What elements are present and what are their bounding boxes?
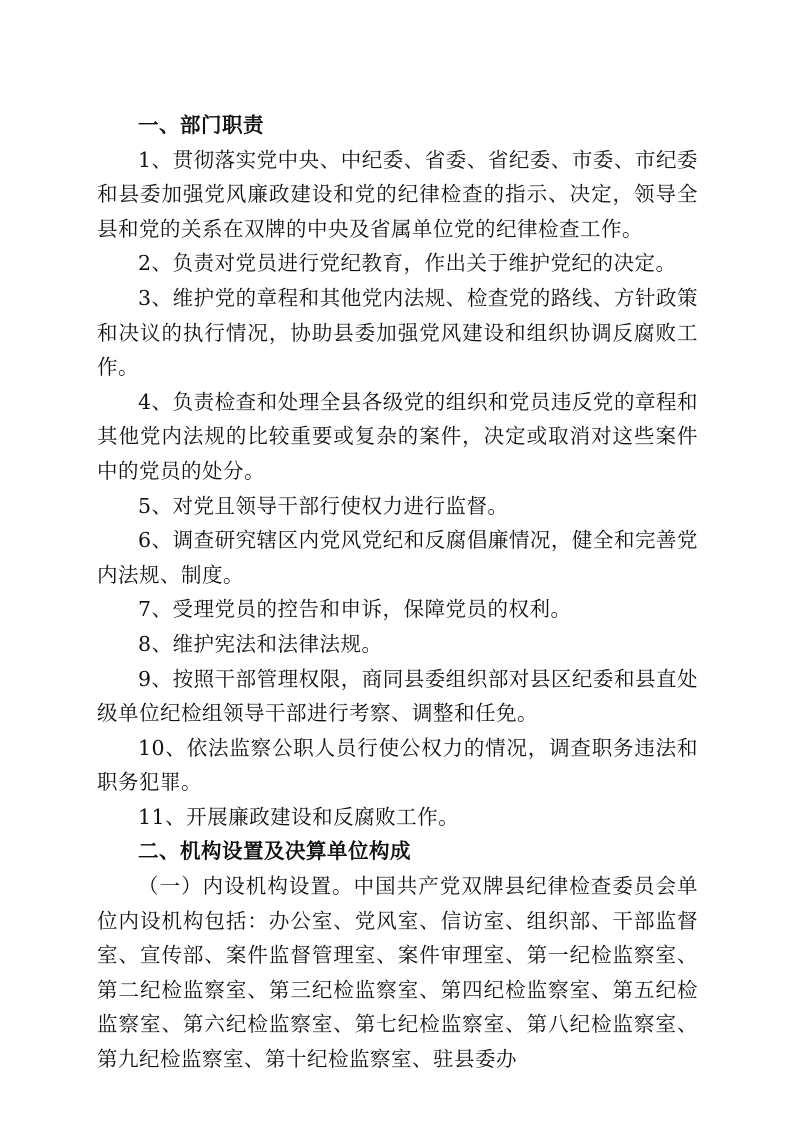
duty-paragraph-4: 4、负责检查和处理全县各级党的组织和党员违反党的章程和其他党内法规的比较重要或复… [97, 385, 698, 489]
duty-paragraph-11: 11、开展廉政建设和反腐败工作。 [97, 800, 698, 835]
duty-paragraph-2: 2、负责对党员进行党纪教育，作出关于维护党纪的决定。 [97, 246, 698, 281]
duty-paragraph-7: 7、受理党员的控告和申诉，保障党员的权利。 [97, 592, 698, 627]
section-heading-organization: 二、机构设置及决算单位构成 [97, 834, 698, 869]
document-page: 一、部门职责 1、贯彻落实党中央、中纪委、省委、省纪委、市委、市纪委和县委加强党… [97, 108, 698, 1077]
duty-paragraph-3: 3、维护党的章程和其他党内法规、检查党的路线、方针政策和决议的执行情况，协助县委… [97, 281, 698, 385]
duty-paragraph-9: 9、按照干部管理权限，商同县委组织部对县区纪委和县直处级单位纪检组领导干部进行考… [97, 662, 698, 731]
duty-paragraph-6: 6、调查研究辖区内党风党纪和反腐倡廉情况，健全和完善党内法规、制度。 [97, 523, 698, 592]
duty-paragraph-5: 5、对党且领导干部行使权力进行监督。 [97, 489, 698, 524]
section-heading-department-duties: 一、部门职责 [97, 108, 698, 143]
duty-paragraph-8: 8、维护宪法和法律法规。 [97, 627, 698, 662]
duty-paragraph-10: 10、依法监察公职人员行使公权力的情况，调查职务违法和职务犯罪。 [97, 731, 698, 800]
duty-paragraph-1: 1、贯彻落实党中央、中纪委、省委、省纪委、市委、市纪委和县委加强党风廉政建设和党… [97, 143, 698, 247]
internal-structure-paragraph: （一）内设机构设置。中国共产党双牌县纪律检查委员会单位内设机构包括：办公室、党风… [97, 869, 698, 1077]
